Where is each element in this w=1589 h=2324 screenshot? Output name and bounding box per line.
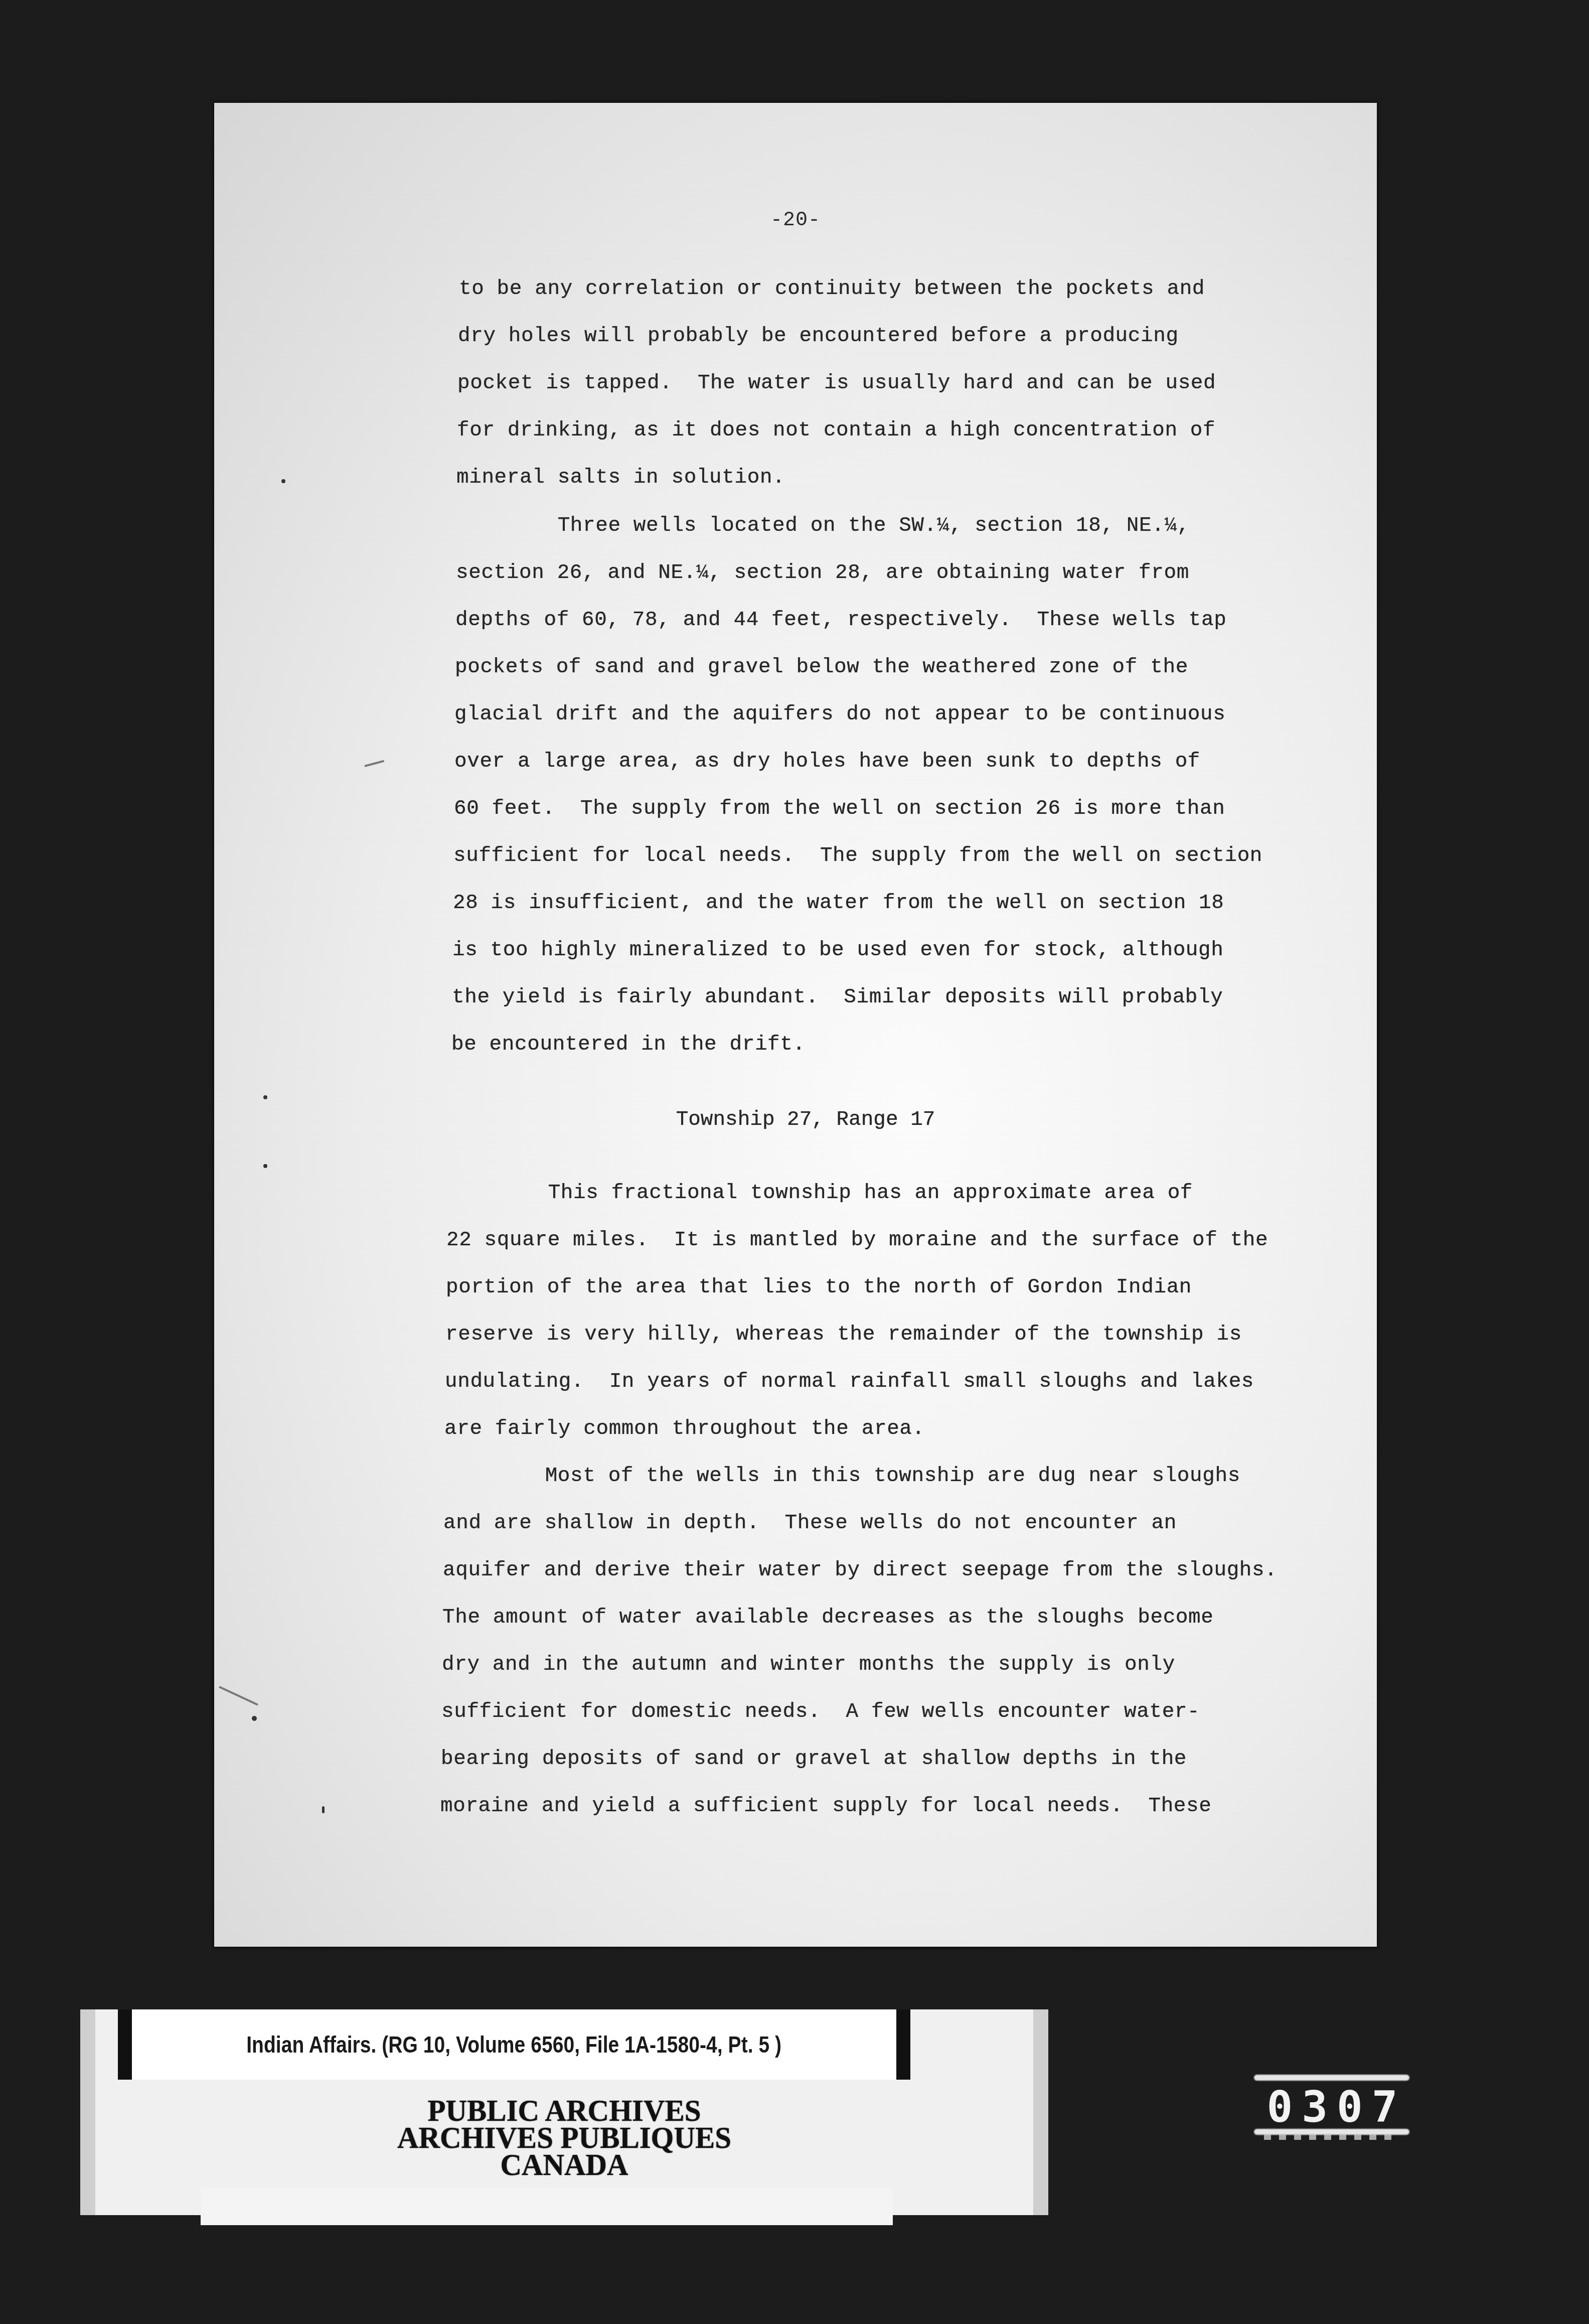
archive-stamp: PUBLIC ARCHIVES ARCHIVES PUBLIQUES CANAD…: [80, 2097, 1048, 2178]
text-line: mineral salts in solution.: [456, 466, 785, 489]
text-line: Most of the wells in this township are d…: [444, 1465, 1240, 1488]
text-line: aquifer and derive their water by direct…: [443, 1559, 1277, 1582]
film-scratch: [219, 1686, 258, 1706]
text-line: pocket is tapped. The water is usually h…: [457, 372, 1216, 395]
film-speck: [281, 479, 285, 483]
page-number: -20-: [214, 209, 1377, 232]
text-line: portion of the area that lies to the nor…: [446, 1276, 1192, 1299]
archive-stamp-line-en: PUBLIC ARCHIVES: [104, 2097, 1024, 2124]
text-line: dry holes will probably be encountered b…: [458, 325, 1179, 348]
text-line: and are shallow in depth. These wells do…: [443, 1512, 1177, 1535]
text-line: over a large area, as dry holes have bee…: [454, 750, 1200, 773]
archive-reference-strip: Indian Affairs. (RG 10, Volume 6560, Fil…: [118, 2009, 910, 2080]
text-line: The amount of water available decreases …: [442, 1606, 1213, 1629]
text-line: 22 square miles. It is mantled by morain…: [446, 1229, 1268, 1252]
text-line: glacial drift and the aquifers do not ap…: [454, 703, 1225, 726]
archive-label-tab: [201, 2188, 893, 2225]
text-line: is too highly mineralized to be used eve…: [452, 939, 1223, 962]
text-line: bearing deposits of sand or gravel at sh…: [441, 1748, 1187, 1771]
section-heading: Township 27, Range 17: [214, 1108, 1377, 1131]
text-line: the yield is fairly abundant. Similar de…: [452, 986, 1223, 1009]
text-line: sufficient for domestic needs. A few wel…: [441, 1700, 1200, 1723]
text-line: for drinking, as it does not contain a h…: [457, 419, 1215, 442]
archive-stamp-country: CANADA: [104, 2151, 1024, 2178]
archive-reference: Indian Affairs. (RG 10, Volume 6560, Fil…: [247, 2031, 782, 2058]
text-line: Three wells located on the SW.¼, section…: [456, 514, 1190, 537]
text-line: sufficient for local needs. The supply f…: [453, 844, 1262, 867]
text-line: pockets of sand and gravel below the wea…: [455, 656, 1188, 679]
text-line: 28 is insufficient, and the water from t…: [453, 892, 1224, 915]
counter-ticks: [1264, 2134, 1399, 2140]
text-line: be encountered in the drift.: [451, 1033, 806, 1056]
counter-bar-top: [1254, 2075, 1409, 2081]
text-line: to be any correlation or continuity betw…: [459, 277, 1205, 301]
text-line: depths of 60, 78, and 44 feet, respectiv…: [455, 609, 1226, 632]
film-speck: [263, 1164, 267, 1168]
text-line: moraine and yield a sufficient supply fo…: [440, 1795, 1211, 1818]
film-speck: [263, 1095, 267, 1099]
text-line: reserve is very hilly, whereas the remai…: [445, 1323, 1242, 1346]
text-line: are fairly common throughout the area.: [444, 1417, 925, 1440]
frame-counter: 0307: [1244, 2075, 1429, 2140]
film-speck: [252, 1716, 257, 1721]
text-line: undulating. In years of normal rainfall …: [445, 1370, 1254, 1393]
film-scratch: [364, 760, 384, 767]
text-line: This fractional township has an approxim…: [447, 1182, 1193, 1205]
archive-stamp-line-fr: ARCHIVES PUBLIQUES: [104, 2124, 1024, 2151]
frame-counter-value: 0307: [1244, 2085, 1429, 2130]
document-page: -20- to be any correlation or continuity…: [214, 103, 1377, 1947]
text-line: section 26, and NE.¼, section 28, are ob…: [456, 561, 1189, 585]
text-line: dry and in the autumn and winter months …: [442, 1653, 1175, 1676]
film-speck: [322, 1806, 325, 1813]
text-line: 60 feet. The supply from the well on sec…: [454, 797, 1225, 820]
